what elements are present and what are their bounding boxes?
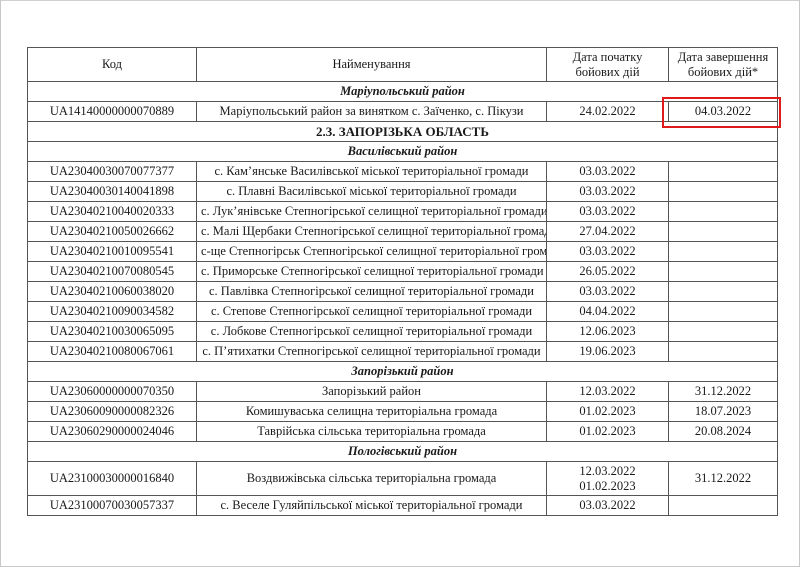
start-date-value: 27.04.2022	[551, 224, 664, 239]
cell-name: Комишуваська селищна територіальна грома…	[197, 402, 547, 422]
cell-end-date	[669, 262, 778, 282]
cell-end-date: 31.12.2022	[669, 462, 778, 496]
cell-name: с. Кам’янське Василівської міської терит…	[197, 162, 547, 182]
cell-start-date: 01.02.2023	[547, 422, 669, 442]
start-date-value: 04.04.2022	[551, 304, 664, 319]
cell-code: UA23100030000016840	[28, 462, 197, 496]
cell-code: UA23040210080067061	[28, 342, 197, 362]
table-row: UA23040210080067061с. П’ятихатки Степног…	[28, 342, 778, 362]
cell-code: UA23040210060038020	[28, 282, 197, 302]
header-name: Найменування	[197, 48, 547, 82]
table-row: UA23040210040020333с. Лук’янівське Степн…	[28, 202, 778, 222]
cell-start-date: 03.03.2022	[547, 242, 669, 262]
district-title: Пологівський район	[28, 442, 778, 462]
cell-code: UA23040210050026662	[28, 222, 197, 242]
cell-end-date: 31.12.2022	[669, 382, 778, 402]
cell-code: UA23040210090034582	[28, 302, 197, 322]
cell-end-date: 20.08.2024	[669, 422, 778, 442]
cell-start-date: 03.03.2022	[547, 282, 669, 302]
cell-name: с. Веселе Гуляйпільської міської територ…	[197, 496, 547, 516]
table-row: UA23100070030057337с. Веселе Гуляйпільсь…	[28, 496, 778, 516]
header-start-line2: бойових дій	[551, 65, 664, 80]
cell-start-date: 27.04.2022	[547, 222, 669, 242]
table-row: UA23040210070080545с. Приморське Степног…	[28, 262, 778, 282]
cell-name: с. Малі Щербаки Степногірської селищної …	[197, 222, 547, 242]
district-title: Василівський район	[28, 142, 778, 162]
district-heading-row: Пологівський район	[28, 442, 778, 462]
table-body: Маріупольський районUA14140000000070889М…	[28, 82, 778, 516]
start-date-value: 12.03.2022	[551, 384, 664, 399]
cell-start-date: 03.03.2022	[547, 182, 669, 202]
start-date-value: 03.03.2022	[551, 184, 664, 199]
start-date-value: 24.02.2022	[551, 104, 664, 119]
cell-end-date	[669, 202, 778, 222]
cell-code: UA23040030140041898	[28, 182, 197, 202]
table-row: UA23040210050026662с. Малі Щербаки Степн…	[28, 222, 778, 242]
district-heading-row: Маріупольський район	[28, 82, 778, 102]
start-date-value: 12.03.2022	[551, 464, 664, 479]
cell-code: UA23060000000070350	[28, 382, 197, 402]
district-heading-row: Василівський район	[28, 142, 778, 162]
header-start-line1: Дата початку	[551, 50, 664, 65]
cell-end-date: 18.07.2023	[669, 402, 778, 422]
cell-start-date: 03.03.2022	[547, 202, 669, 222]
district-title: Маріупольський район	[28, 82, 778, 102]
cell-code: UA23040210030065095	[28, 322, 197, 342]
cell-end-date-highlighted: 04.03.2022	[669, 102, 778, 122]
table-row: UA23040030070077377с. Кам’янське Василів…	[28, 162, 778, 182]
cell-end-date	[669, 302, 778, 322]
region-heading-row: 2.3. ЗАПОРІЗЬКА ОБЛАСТЬ	[28, 122, 778, 142]
cell-end-date	[669, 222, 778, 242]
cell-end-date	[669, 162, 778, 182]
combat-zones-table: Код Найменування Дата початку бойових ді…	[27, 47, 778, 516]
district-title: Запорізький район	[28, 362, 778, 382]
start-date-value: 03.03.2022	[551, 164, 664, 179]
start-date-value: 03.03.2022	[551, 498, 664, 513]
start-date-value: 03.03.2022	[551, 204, 664, 219]
cell-name: с. Плавні Василівської міської територіа…	[197, 182, 547, 202]
table-header-row: Код Найменування Дата початку бойових ді…	[28, 48, 778, 82]
start-date-value: 01.02.2023	[551, 479, 664, 494]
cell-start-date: 26.05.2022	[547, 262, 669, 282]
table-row: UA23040210060038020с. Павлівка Степногір…	[28, 282, 778, 302]
cell-name: с. Лобкове Степногірської селищної терит…	[197, 322, 547, 342]
table-row: UA23040030140041898с. Плавні Василівсько…	[28, 182, 778, 202]
table-row: UA23040210090034582с. Степове Степногірс…	[28, 302, 778, 322]
cell-end-date	[669, 242, 778, 262]
cell-start-date: 12.03.202201.02.2023	[547, 462, 669, 496]
cell-start-date: 12.06.2023	[547, 322, 669, 342]
start-date-value: 01.02.2023	[551, 404, 664, 419]
district-heading-row: Запорізький район	[28, 362, 778, 382]
cell-start-date: 12.03.2022	[547, 382, 669, 402]
table-row: UA23040210030065095с. Лобкове Степногірс…	[28, 322, 778, 342]
cell-start-date: 03.03.2022	[547, 496, 669, 516]
cell-start-date: 01.02.2023	[547, 402, 669, 422]
start-date-value: 03.03.2022	[551, 284, 664, 299]
header-end-date: Дата завершення бойових дій*	[669, 48, 778, 82]
cell-code: UA23040210010095541	[28, 242, 197, 262]
cell-start-date: 03.03.2022	[547, 162, 669, 182]
header-end-line2: бойових дій*	[673, 65, 773, 80]
cell-start-date: 04.04.2022	[547, 302, 669, 322]
cell-name: с. Павлівка Степногірської селищної тери…	[197, 282, 547, 302]
start-date-value: 03.03.2022	[551, 244, 664, 259]
cell-end-date	[669, 342, 778, 362]
start-date-value: 26.05.2022	[551, 264, 664, 279]
cell-code: UA14140000000070889	[28, 102, 197, 122]
cell-start-date: 19.06.2023	[547, 342, 669, 362]
header-start-date: Дата початку бойових дій	[547, 48, 669, 82]
cell-name: Воздвижівська сільська територіальна гро…	[197, 462, 547, 496]
cell-code: UA23100070030057337	[28, 496, 197, 516]
table-row: UA23100030000016840Воздвижівська сільськ…	[28, 462, 778, 496]
cell-name: с. Лук’янівське Степногірської селищної …	[197, 202, 547, 222]
cell-code: UA23040210040020333	[28, 202, 197, 222]
header-code: Код	[28, 48, 197, 82]
start-date-value: 01.02.2023	[551, 424, 664, 439]
table-row: UA23060000000070350Запорізький район12.0…	[28, 382, 778, 402]
cell-start-date: 24.02.2022	[547, 102, 669, 122]
cell-code: UA23040210070080545	[28, 262, 197, 282]
cell-end-date	[669, 282, 778, 302]
table-row: UA14140000000070889Маріупольський район …	[28, 102, 778, 122]
cell-name: Маріупольський район за винятком с. Заїч…	[197, 102, 547, 122]
cell-end-date	[669, 182, 778, 202]
cell-name: с. П’ятихатки Степногірської селищної те…	[197, 342, 547, 362]
cell-code: UA23060290000024046	[28, 422, 197, 442]
cell-end-date	[669, 322, 778, 342]
cell-name: с. Степове Степногірської селищної терит…	[197, 302, 547, 322]
cell-code: UA23040030070077377	[28, 162, 197, 182]
table-row: UA23060090000082326Комишуваська селищна …	[28, 402, 778, 422]
region-title: 2.3. ЗАПОРІЗЬКА ОБЛАСТЬ	[28, 122, 778, 142]
cell-name: с. Приморське Степногірської селищної те…	[197, 262, 547, 282]
start-date-value: 12.06.2023	[551, 324, 664, 339]
table-row: UA23040210010095541с-ще Степногірськ Сте…	[28, 242, 778, 262]
cell-name: Запорізький район	[197, 382, 547, 402]
cell-name: Таврійська сільська територіальна громад…	[197, 422, 547, 442]
header-end-line1: Дата завершення	[673, 50, 773, 65]
cell-code: UA23060090000082326	[28, 402, 197, 422]
cell-name: с-ще Степногірськ Степногірської селищно…	[197, 242, 547, 262]
start-date-value: 19.06.2023	[551, 344, 664, 359]
cell-end-date	[669, 496, 778, 516]
table-row: UA23060290000024046Таврійська сільська т…	[28, 422, 778, 442]
